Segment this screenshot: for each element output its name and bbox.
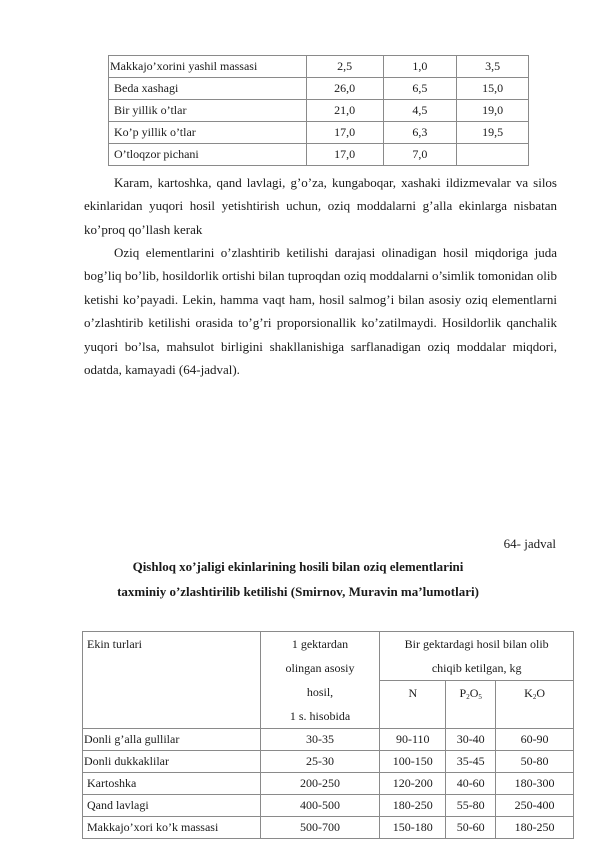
nutrient-content-table: Makkajo’xorini yashil massasi 2,5 1,0 3,… [108, 55, 529, 166]
table-row: Makkajo’xori ko’k massasi 500-700 150-18… [83, 817, 574, 839]
value-cell: 2,5 [306, 56, 383, 78]
table-row: Ko’p yillik o’tlar 17,0 6,3 19,5 [109, 122, 529, 144]
table-header-row: Ekin turlari 1 gektardan olingan asosiy … [83, 632, 574, 681]
nutrient-removal-table: Ekin turlari 1 gektardan olingan asosiy … [82, 631, 574, 839]
table-title-line-1: Qishloq xo’jaligi ekinlarining hosili bi… [0, 555, 596, 578]
paragraph-2: Oziq elementlarini o’zlashtirib ketilish… [84, 241, 557, 381]
header-text: P2O5 [446, 681, 495, 705]
table-row: Beda xashagi 26,0 6,5 15,0 [109, 78, 529, 100]
crop-name: Ko’p yillik o’tlar [109, 122, 307, 144]
k-cell: 60-90 [496, 729, 574, 751]
n-cell: 120-200 [380, 773, 446, 795]
crop-name: Bir yillik o’tlar [109, 100, 307, 122]
table-row: O’tloqzor pichani 17,0 7,0 [109, 144, 529, 166]
header-removed: Bir gektardagi hosil bilan olib chiqib k… [380, 632, 574, 681]
table-row: Donli dukkaklilar 25-30 100-150 35-45 50… [83, 751, 574, 773]
yield-cell: 400-500 [260, 795, 380, 817]
n-cell: 90-110 [380, 729, 446, 751]
table-row: Donli g’alla gullilar 30-35 90-110 30-40… [83, 729, 574, 751]
value-cell: 1,0 [383, 56, 457, 78]
value-cell: 4,5 [383, 100, 457, 122]
value-cell: 26,0 [306, 78, 383, 100]
formula-part: K [524, 686, 533, 700]
paragraph-1: Karam, kartoshka, qand lavlagi, g’o’za, … [84, 171, 557, 241]
p-cell: 55-80 [446, 795, 496, 817]
header-text: K2O [496, 681, 573, 705]
header-text: Ekin turlari [87, 632, 260, 656]
formula-subscript: 5 [478, 693, 482, 701]
header-text: chiqib ketilgan, kg [380, 656, 573, 680]
header-text: olingan asosiy [261, 656, 380, 680]
value-cell: 6,3 [383, 122, 457, 144]
header-text: Bir gektardagi hosil bilan olib [380, 632, 573, 656]
value-cell: 15,0 [457, 78, 529, 100]
header-text: hosil, [261, 680, 380, 704]
value-cell: 21,0 [306, 100, 383, 122]
yield-cell: 500-700 [260, 817, 380, 839]
value-cell: 7,0 [383, 144, 457, 166]
crop-name: O’tloqzor pichani [109, 144, 307, 166]
n-cell: 100-150 [380, 751, 446, 773]
header-yield: 1 gektardan olingan asosiy hosil, 1 s. h… [260, 632, 380, 729]
crop-name: Makkajo’xorini yashil massasi [109, 56, 307, 78]
header-text: N [380, 681, 445, 705]
n-cell: 180-250 [380, 795, 446, 817]
header-text: 1 gektardan [261, 632, 380, 656]
crop-name: Makkajo’xori ko’k massasi [83, 817, 261, 839]
header-text: 1 s. hisobida [261, 704, 380, 728]
value-cell: 19,0 [457, 100, 529, 122]
k-cell: 50-80 [496, 751, 574, 773]
crop-name: Qand lavlagi [83, 795, 261, 817]
table-row: Kartoshka 200-250 120-200 40-60 180-300 [83, 773, 574, 795]
p-cell: 40-60 [446, 773, 496, 795]
header-p2o5: P2O5 [446, 681, 496, 729]
value-cell: 17,0 [306, 122, 383, 144]
table-row: Bir yillik o’tlar 21,0 4,5 19,0 [109, 100, 529, 122]
value-cell: 17,0 [306, 144, 383, 166]
yield-cell: 25-30 [260, 751, 380, 773]
k-cell: 250-400 [496, 795, 574, 817]
k-cell: 180-300 [496, 773, 574, 795]
p-cell: 35-45 [446, 751, 496, 773]
table-row: Makkajo’xorini yashil massasi 2,5 1,0 3,… [109, 56, 529, 78]
formula-part: O [536, 686, 545, 700]
crop-name: Donli dukkaklilar [83, 751, 261, 773]
paragraph-text: Oziq elementlarini o’zlashtirib ketilish… [84, 241, 557, 381]
value-cell: 6,5 [383, 78, 457, 100]
header-k2o: K2O [496, 681, 574, 729]
value-cell [457, 144, 529, 166]
yield-cell: 200-250 [260, 773, 380, 795]
table-number-label: 64- jadval [504, 536, 556, 552]
value-cell: 3,5 [457, 56, 529, 78]
paragraph-text: Karam, kartoshka, qand lavlagi, g’o’za, … [84, 171, 557, 241]
header-n: N [380, 681, 446, 729]
value-cell: 19,5 [457, 122, 529, 144]
crop-name: Kartoshka [83, 773, 261, 795]
p-cell: 50-60 [446, 817, 496, 839]
k-cell: 180-250 [496, 817, 574, 839]
crop-name: Beda xashagi [109, 78, 307, 100]
p-cell: 30-40 [446, 729, 496, 751]
n-cell: 150-180 [380, 817, 446, 839]
header-crop-types: Ekin turlari [83, 632, 261, 729]
table-title-line-2: taxminiy o’zlashtirilib ketilishi (Smirn… [0, 580, 596, 603]
crop-name: Donli g’alla gullilar [83, 729, 261, 751]
yield-cell: 30-35 [260, 729, 380, 751]
table-row: Qand lavlagi 400-500 180-250 55-80 250-4… [83, 795, 574, 817]
